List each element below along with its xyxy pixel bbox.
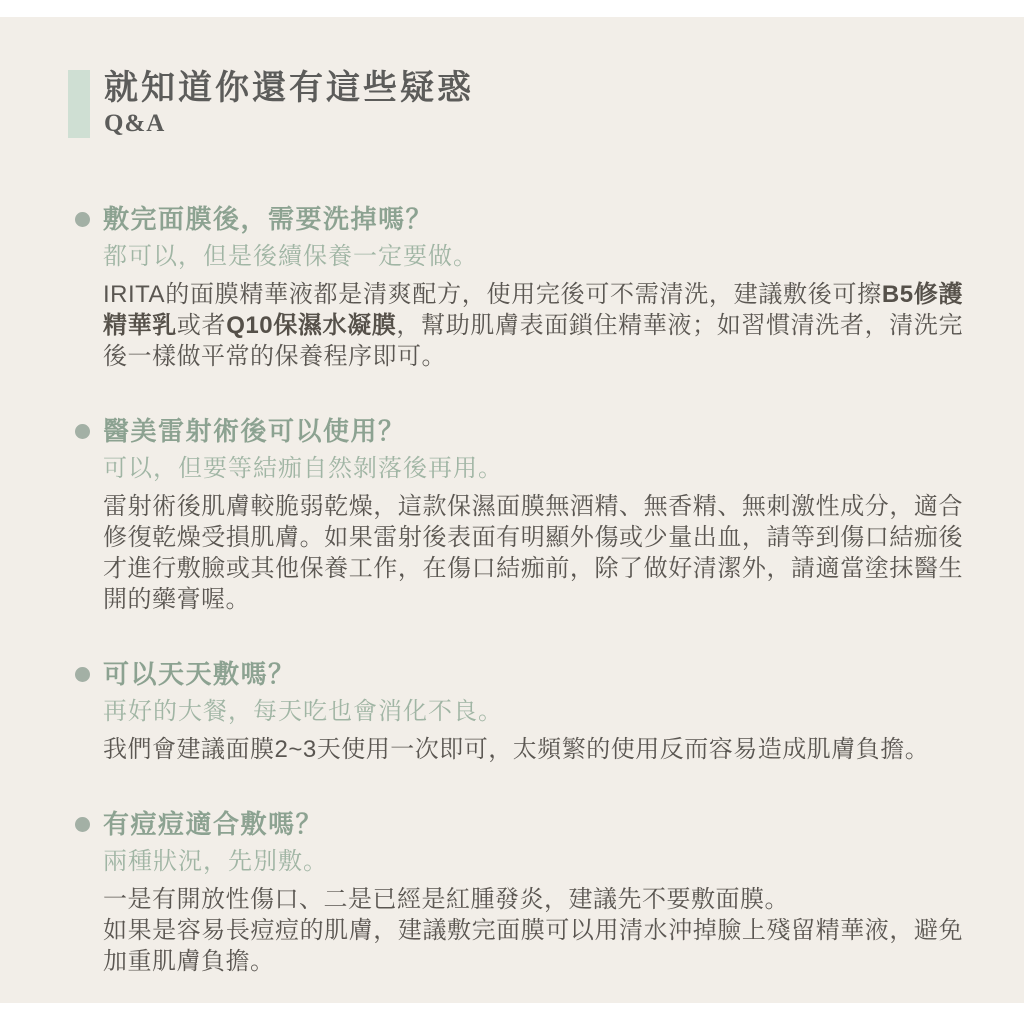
bullet-icon (75, 817, 90, 832)
qa-item: 醫美雷射術後可以使用？ 可以，但要等結痂自然剝落後再用。 雷射術後肌膚較脆弱乾燥… (68, 416, 963, 615)
qa-question: 敷完面膜後，需要洗掉嗎？ (103, 204, 963, 235)
body-text-run: 如果是容易長痘痘的肌膚，建議敷完面膜可以用清水沖掉臉上殘留精華液，避免加重肌膚負… (103, 917, 963, 975)
qa-item: 可以天天敷嗎？ 再好的大餐，每天吃也會消化不良。 我們會建議面膜2~3天使用一次… (68, 659, 963, 765)
qa-paragraph: 一是有開放性傷口、二是已經是紅腫發炎，建議先不要敷面膜。 (103, 884, 963, 915)
bullet-icon (75, 667, 90, 682)
qa-paragraph: 如果是容易長痘痘的肌膚，建議敷完面膜可以用清水沖掉臉上殘留精華液，避免加重肌膚負… (103, 915, 963, 977)
section-header: 就知道你還有這些疑惑 Q&A (68, 70, 963, 138)
qa-lead: 兩種狀況，先別敷。 (103, 847, 963, 877)
body-text-run: 一是有開放性傷口、二是已經是紅腫發炎，建議先不要敷面膜。 (103, 886, 789, 913)
qa-question: 有痘痘適合敷嗎？ (103, 809, 963, 840)
qa-card: 就知道你還有這些疑惑 Q&A 敷完面膜後，需要洗掉嗎？ 都可以，但是後續保養一定… (0, 17, 1024, 1003)
accent-bar (68, 70, 90, 138)
bullet-icon (75, 212, 90, 227)
qa-paragraph: IRITA的面膜精華液都是清爽配方，使用完後可不需清洗，建議敷後可擦B5修護精華… (103, 279, 963, 372)
qa-paragraph: 我們會建議面膜2~3天使用一次即可，太頻繁的使用反而容易造成肌膚負擔。 (103, 734, 963, 765)
body-text-run: IRITA的面膜精華液都是清爽配方，使用完後可不需清洗，建議敷後可擦 (103, 281, 882, 308)
page-title: 就知道你還有這些疑惑 (104, 70, 474, 107)
qa-list: 敷完面膜後，需要洗掉嗎？ 都可以，但是後續保養一定要做。 IRITA的面膜精華液… (68, 204, 963, 977)
qa-lead: 再好的大餐，每天吃也會消化不良。 (103, 697, 963, 727)
qa-lead: 可以，但要等結痂自然剝落後再用。 (103, 454, 963, 484)
qa-lead: 都可以，但是後續保養一定要做。 (103, 242, 963, 272)
page-subtitle: Q&A (104, 109, 474, 138)
bullet-icon (75, 424, 90, 439)
qa-item: 有痘痘適合敷嗎？ 兩種狀況，先別敷。 一是有開放性傷口、二是已經是紅腫發炎，建議… (68, 809, 963, 977)
body-text-run: 雷射術後肌膚較脆弱乾燥，這款保濕面膜無酒精、無香精、無刺激性成分，適合修復乾燥受… (103, 493, 963, 613)
body-text-run: 我們會建議面膜2~3天使用一次即可，太頻繁的使用反而容易造成肌膚負擔。 (103, 736, 929, 763)
header-text: 就知道你還有這些疑惑 Q&A (104, 70, 474, 138)
qa-question: 可以天天敷嗎？ (103, 659, 963, 690)
qa-question: 醫美雷射術後可以使用？ (103, 416, 963, 447)
body-text-run: 或者 (177, 312, 226, 339)
qa-item: 敷完面膜後，需要洗掉嗎？ 都可以，但是後續保養一定要做。 IRITA的面膜精華液… (68, 204, 963, 372)
body-text-run-bold: Q10保濕水凝膜 (226, 312, 396, 339)
qa-paragraph: 雷射術後肌膚較脆弱乾燥，這款保濕面膜無酒精、無香精、無刺激性成分，適合修復乾燥受… (103, 491, 963, 615)
